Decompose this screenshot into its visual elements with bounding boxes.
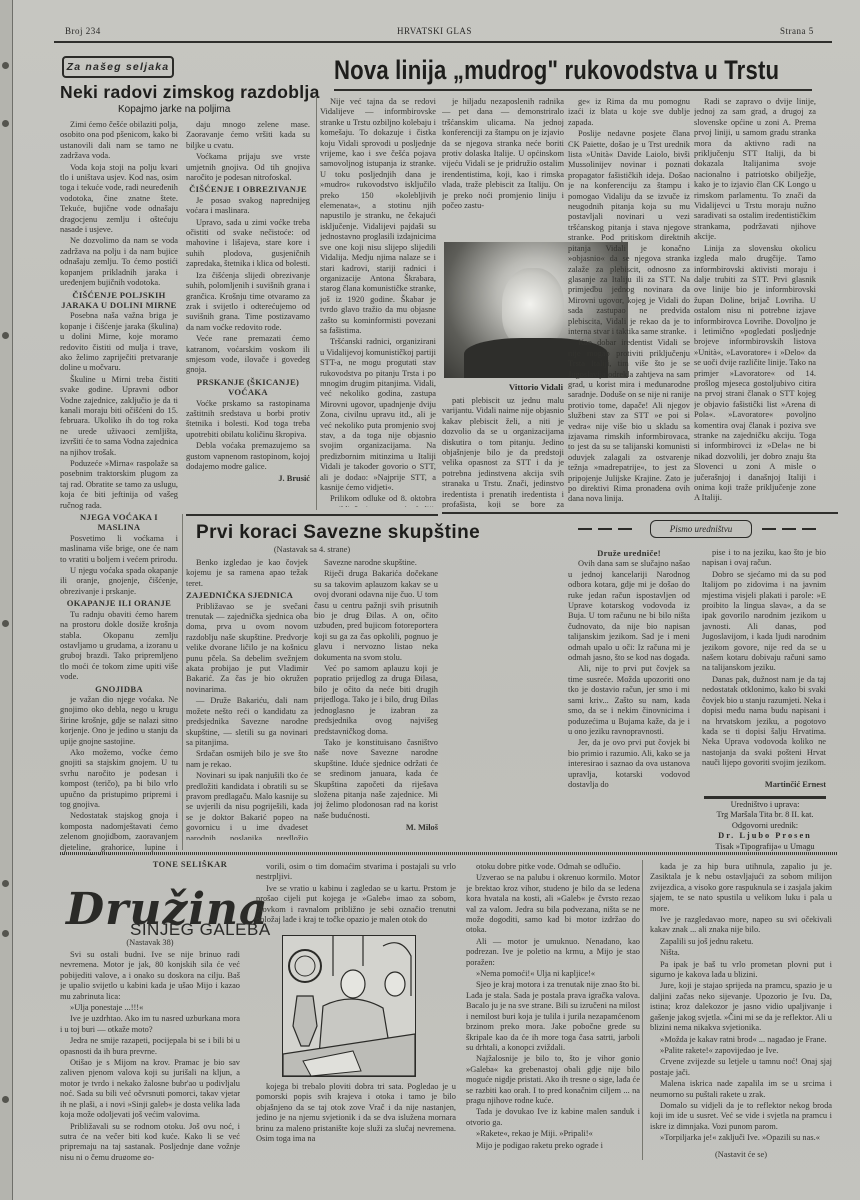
paragraph: Poduzeće »Mirna« raspolaže sa posebnim t… [60, 459, 178, 511]
farmer-column-2: daju mnogo zelene mase. Zaoravanje ćemo … [186, 120, 310, 506]
assembly-headline: Prvi koraci Savezne skupštine [196, 522, 480, 544]
serial-column-4: kada je za hip bura utihnula, zapalio ju… [650, 862, 832, 1162]
paragraph: Ali — motor je umuknuo. Nenadano, kao po… [466, 937, 640, 968]
binding-hole [2, 62, 9, 69]
paragraph: Crvene zvijezde su letjele u tamnu noć! … [650, 1057, 832, 1078]
paragraph: otoku dobre pitke vode. Odmah se odlučio… [466, 862, 640, 872]
paragraph: Voda koja stoji na polju kvari tlo i uni… [60, 163, 178, 236]
paragraph: Ovih dana sam se slučajno našao u jednoj… [568, 559, 690, 663]
paragraph: Riječi druga Bakarića dočekane su sa tak… [314, 569, 438, 663]
paragraph: »Ulja ponestaje ...!!!« [60, 1003, 240, 1013]
imprint-line: Trg Maršala Tita br. 8 II. kat. [696, 810, 834, 820]
subheading: NJEGA VOĆAKA I MASLINA [60, 512, 178, 533]
serial-column-2: vorili, osim o tim domaćim stvarima i po… [256, 862, 456, 932]
subheading: ČIŠĆENJE I OBREZIVANJE [186, 184, 310, 194]
paragraph: Pa ipak je baš tu vrlo prometan plovni p… [650, 960, 832, 981]
paragraph: Srdačan osmijeh bilo je sve što nam je r… [186, 749, 308, 770]
paragraph: »Rakete«, rekao je Miji. »Pripali!« [466, 1129, 640, 1139]
byline: M. Miloš [314, 823, 438, 833]
to-be-continued: (Nastavit će se) [650, 1150, 832, 1160]
trieste-column-1: Nije već tajna da se redovi Vidalijeve —… [320, 97, 436, 507]
paragraph: Približavali su se rodnom otoku. Još ovu… [60, 1122, 240, 1161]
binding-hole [2, 1096, 9, 1103]
column-rule [642, 860, 643, 1160]
paragraph: Posvetimo li voćkama i maslinama više br… [60, 534, 178, 565]
paragraph: Voćkama prijaju sve vrste umjetnih gnoji… [186, 152, 310, 183]
paragraph: daju mnogo zelene mase. Zaoravanje ćemo … [186, 120, 310, 151]
byline: J. Brusić [186, 474, 310, 484]
ornament-dash [618, 528, 632, 530]
trieste-headline: Nova linija „mudrog" rukovodstva u Trstu [334, 55, 779, 86]
binding-hole [2, 880, 9, 887]
paragraph: — Druže Bakariću, dali nam možete nešto … [186, 696, 308, 748]
paragraph: »Nema pomoći!« Ulja ni kapljice!« [466, 969, 640, 979]
section-kicker: Za našeg seljaka [62, 56, 174, 78]
paragraph: Ive se vratio u kabinu i zagledao se u k… [256, 884, 456, 926]
serial-subtitle: SINJEG GALEBA [130, 920, 271, 940]
paragraph: Upravo, sada u zimi voćke treba očistiti… [186, 218, 310, 270]
paragraph: Novinari su ipak nanjušili tko će predlo… [186, 771, 308, 840]
paragraph: kada je za hip bura utihnula, zapalio ju… [650, 862, 832, 914]
paragraph: Sjeo je kraj motora i za trenutak nije z… [466, 980, 640, 1053]
column-rule [182, 514, 183, 850]
paragraph: Prilikom odluke od 8. oktobra o priključ… [320, 494, 436, 507]
farmer-headline: Neki radovi zimskog razdoblja [60, 82, 320, 103]
paragraph: Ive je uzdrhtao. Ako im tu nasred uzburk… [60, 1014, 240, 1035]
imprint-line: Tisak »Tipografija« u Umagu [696, 842, 834, 852]
paragraph: Ali, nije to prvi put čovjek sa time sus… [568, 664, 690, 737]
letter-author: Martinčić Ernest [765, 780, 826, 789]
binding-hole [2, 120, 9, 127]
serial-illustration [282, 935, 416, 1077]
farmer-column-1: Zimi ćemo češće obilaziti polja, osobito… [60, 120, 178, 855]
paragraph: Otišao je s Mijom na krov. Pramac je bio… [60, 1058, 240, 1120]
paragraph: Svi su ostali budni. Ive se nije brinuo … [60, 950, 240, 1002]
paragraph: Poslije nedavne posjete člana CK Paiette… [568, 129, 690, 337]
paragraph: pati plebiscit uz jednu malu varijantu. … [442, 396, 564, 508]
paragraph: je važan dio njege voćaka. Ne gnojimo ok… [60, 695, 178, 747]
binding-hole [2, 620, 9, 627]
ornament-dash [802, 528, 816, 530]
paragraph: Približavao se je svečani trenutak — zaj… [186, 602, 308, 696]
imprint-line: Odgovorni urednik: [696, 821, 834, 831]
trieste-column-2: je hiljadu nezaposlenih radnika — pet da… [442, 97, 564, 235]
paragraph: Nedostatak stajskog gnoja i komposta nad… [60, 811, 178, 855]
paragraph: Malena iskrica nade zapalila im se u src… [650, 1079, 832, 1100]
paragraph: Jer, da je ovo prvi put čovjek bi bio pr… [568, 738, 690, 790]
header-rule [54, 41, 832, 43]
paragraph: Kao dobar iredentist Vidali se nije moga… [568, 338, 690, 505]
page-number: Strana 5 [780, 26, 814, 36]
paragraph: pise i to na jeziku, kao što je bio napi… [702, 548, 826, 569]
paragraph: kojega bi trebalo ploviti dobra tri sata… [256, 1082, 456, 1144]
paragraph: Uzverao se na palubu i okrenuo kormilo. … [466, 873, 640, 935]
paragraph: Tako je konstituisano časništvo naše nov… [314, 738, 438, 821]
trieste-column-2b: pati plebiscit uz jednu malu varijantu. … [442, 396, 564, 508]
binding-hole [2, 930, 9, 937]
serial-divider [60, 852, 838, 855]
paper-name: HRVATSKI GLAS [397, 26, 472, 36]
ornament-dash [578, 528, 592, 530]
trieste-column-2c [442, 520, 564, 840]
paragraph: je hiljadu nezaposlenih radnika — pet da… [442, 97, 564, 211]
paragraph: Tada je dovukao Ive iz kabine malen sand… [466, 1107, 640, 1128]
serial-column-1: Svi su ostali budni. Ive se nije brinuo … [60, 950, 240, 1160]
letter-column-2: pise i to na jeziku, kao što je bio napi… [702, 548, 826, 794]
newspaper-page: Broj 234 HRVATSKI GLAS Strana 5 Za našeg… [0, 0, 860, 1200]
page-binding-edge [0, 0, 13, 1200]
paragraph: Ako možemo, voćke ćemo gnojiti sa stajsk… [60, 748, 178, 810]
paragraph: Najžalosnije je bilo to, što je vihor go… [466, 1054, 640, 1106]
assembly-column-1: Benko izgledao je kao čovjek kojemu je s… [186, 558, 308, 840]
trieste-column-3: ge« iz Rima da mu pomognu izaći iz blata… [568, 97, 690, 509]
paragraph: Ive je razgledavao more, napeo su svi oč… [650, 915, 832, 936]
assembly-continuation-note: (Nastavak sa 4. strane) [186, 545, 438, 557]
paragraph: Zimi ćemo češće obilaziti polja, osobito… [60, 120, 178, 162]
paragraph: Iza čišćenja slijedi obrezivanje suhih, … [186, 271, 310, 333]
section-rule [186, 514, 438, 516]
paragraph: Jure, koji je stajao sprijeda na pramcu,… [650, 981, 832, 1033]
paragraph: U njegu voćaka spada okapanje ili oranje… [60, 566, 178, 597]
byline: m. p. [694, 506, 816, 509]
paragraph: »Možda je kakav ratni brod« ... nagađao … [650, 1035, 832, 1045]
paragraph: ge« iz Rima da mu pomognu izaći iz blata… [568, 97, 690, 128]
paragraph: Benko izgledao je kao čovjek kojemu je s… [186, 558, 308, 589]
letter-greeting: Druže uredniče! [568, 548, 690, 558]
paragraph: Voćke prskamo sa rastopinama zaštitnih s… [186, 399, 310, 441]
continued-from: (Nastavak sa 4. strane) [274, 545, 350, 554]
paragraph: Linija za slovensku okolicu izgleda malo… [694, 244, 816, 504]
issue-number: Broj 234 [65, 26, 101, 36]
trieste-column-4: Radi se zapravo o dvije linije, jednoj z… [694, 97, 816, 509]
column-rule [316, 96, 317, 510]
imprint-line: Uredništvo i uprava: [696, 800, 834, 810]
headline-underline [334, 89, 812, 91]
paragraph: Domalo su vidjeli da je to reflektor nek… [650, 1101, 832, 1132]
letter-column-1: Druže uredniče! Ovih dana sam se slučajn… [568, 548, 690, 840]
subheading: PRSKANJE (ŠKICANJE) VOĆAKA [186, 377, 310, 398]
imprint-rule [704, 796, 826, 799]
paragraph: Radi se zapravo o dvije linije, jednoj z… [694, 97, 816, 243]
paragraph: Savezne narodne skupštine. [314, 558, 438, 568]
paragraph: Mijo je podigao raketu preko ograde i [466, 1141, 640, 1151]
illustration-sailors-in-cabin [283, 936, 415, 1076]
portrait-face [502, 268, 564, 348]
paragraph: Dobro se sjećamo mi da su pod Italijom p… [702, 570, 826, 674]
subheading: GNOJIDBA [60, 684, 178, 694]
serial-column-2b: kojega bi trebalo ploviti dobra tri sata… [256, 1082, 456, 1162]
subheading: ČIŠĆENJE POLJSKIH JARAKA U DOLINI MIRNE [60, 290, 178, 311]
paragraph: »Torpiljarka je!« zaključi Ive. »Opazili… [650, 1133, 832, 1143]
running-header: Broj 234 HRVATSKI GLAS Strana 5 [32, 26, 830, 40]
paragraph: Zapalili su još jednu raketu. [650, 937, 832, 947]
editor-name: Dr. Ljubo Prosen [696, 831, 834, 841]
letter-signature: Martinčić Ernest [702, 780, 826, 792]
paragraph: Veće rane premazati ćemo katranom, voćar… [186, 334, 310, 376]
ornament-dash [598, 528, 612, 530]
paragraph: Tu radnju obaviti ćemo harem na prostoru… [60, 610, 178, 683]
assembly-column-2: Savezne narodne skupštine. Riječi druga … [314, 558, 438, 840]
binding-hole [2, 332, 9, 339]
paragraph: Nije već tajna da se redovi Vidalijeve —… [320, 97, 436, 336]
paragraph: Već po samom aplauzu koji je popratio pr… [314, 664, 438, 737]
imprint: Uredništvo i uprava: Trg Maršala Tita br… [696, 800, 834, 852]
paragraph: Je posao svakog naprednijeg voćara i mas… [186, 196, 310, 217]
serial-part-line: (Nastavak 38) [60, 938, 240, 950]
paragraph: Danas pak, dužnost nam je da taj nedosta… [702, 675, 826, 769]
paragraph: Ništa. [650, 948, 832, 958]
paragraph: »Palite rakete!« zapovijedao je Ive. [650, 1046, 832, 1056]
paragraph: Debla voćaka premazujemo sa gustom vapne… [186, 441, 310, 472]
paragraph: Tršćanski radnici, organizirani u Vidali… [320, 337, 436, 493]
serial-column-3: otoku dobre pitke vode. Odmah se odlučio… [466, 862, 640, 1162]
ornament-dash [782, 528, 796, 530]
paragraph: Škuline u Mirni treba čistiti svake godi… [60, 375, 178, 458]
subheading: ZAJEDNIČKA SJEDNICA [186, 590, 308, 600]
paragraph: Posebna naša važna briga je kopanje i či… [60, 311, 178, 373]
serial-author: TONE SELIŠKAR [153, 860, 228, 869]
section-rule [568, 512, 838, 514]
serial-author-line: TONE SELIŠKAR [140, 860, 240, 872]
paragraph: vorili, osim o tim domaćim stvarima i po… [256, 862, 456, 883]
ornament-dash [762, 528, 776, 530]
paragraph: Ne dozvolimo da nam se voda zadržava na … [60, 236, 178, 288]
serial-part: (Nastavak 38) [126, 938, 173, 947]
farmer-subheadline: Kopajmo jarke na poljima [118, 104, 230, 115]
subheading: OKAPANJE ILI ORANJE [60, 598, 178, 608]
letters-section-label: Pismo uredništvu [650, 520, 752, 538]
paragraph: Jedra ne smije razapeti, pocijepala bi s… [60, 1036, 240, 1057]
